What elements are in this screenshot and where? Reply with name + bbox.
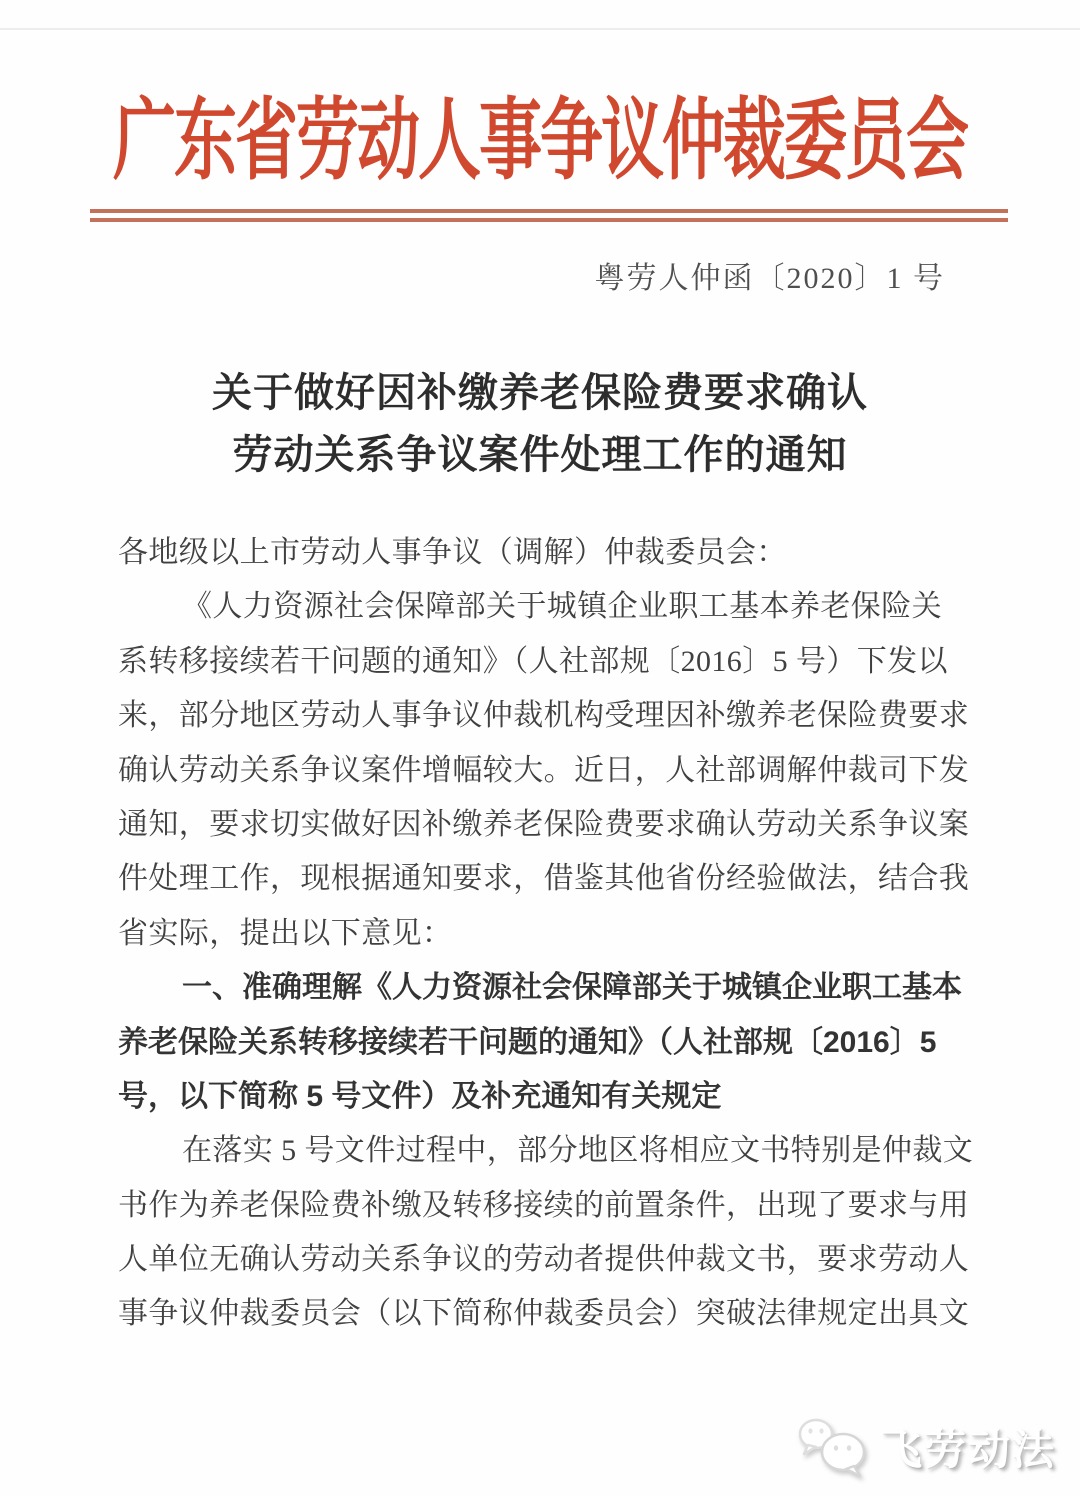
body-line: 通知，要求切实做好因补缴养老保险费要求确认劳动关系争议案 bbox=[118, 798, 968, 852]
body-heading-line: 一、准确理解《人力资源社会保障部关于城镇企业职工基本 bbox=[118, 961, 968, 1015]
body-line: 系转移接续若干问题的通知》（人社部规〔2016〕5 号）下发以 bbox=[118, 635, 968, 689]
body-line: 事争议仲裁委员会（以下简称仲裁委员会）突破法律规定出具文 bbox=[118, 1287, 968, 1341]
body-line: 确认劳动关系争议案件增幅较大。近日，人社部调解仲裁司下发 bbox=[118, 744, 968, 798]
document-title: 关于做好因补缴养老保险费要求确认 劳动关系争议案件处理工作的通知 bbox=[0, 362, 1080, 486]
body-line: 省实际，提出以下意见： bbox=[118, 907, 968, 961]
document-page: 广东省劳动人事争议仲裁委员会 粤劳人仲函〔2020〕1 号 关于做好因补缴养老保… bbox=[0, 0, 1080, 1496]
body-line: 来，部分地区劳动人事争议仲裁机构受理因补缴养老保险费要求 bbox=[118, 689, 968, 743]
document-header-org-name: 广东省劳动人事争议仲裁委员会 bbox=[0, 70, 1080, 212]
document-title-line-1: 关于做好因补缴养老保险费要求确认 bbox=[0, 362, 1080, 424]
body-line: 各地级以上市劳动人事争议（调解）仲裁委员会： bbox=[118, 526, 968, 580]
body-line: 在落实 5 号文件过程中，部分地区将相应文书特别是仲裁文 bbox=[118, 1124, 968, 1178]
body-line: 人单位无确认劳动关系争议的劳动者提供仲裁文书，要求劳动人 bbox=[118, 1233, 968, 1287]
body-line: 件处理工作，现根据通知要求，借鉴其他省份经验做法，结合我 bbox=[118, 852, 968, 906]
page-top-divider bbox=[0, 28, 1080, 30]
wechat-icon bbox=[796, 1416, 872, 1478]
document-body: 各地级以上市劳动人事争议（调解）仲裁委员会： 《人力资源社会保障部关于城镇企业职… bbox=[118, 526, 968, 1342]
document-number: 粤劳人仲函〔2020〕1 号 bbox=[595, 253, 946, 297]
watermark: 飞劳动法 bbox=[796, 1416, 1056, 1478]
red-divider-line bbox=[90, 209, 1008, 222]
body-line: 书作为养老保险费补缴及转移接续的前置条件，出现了要求与用 bbox=[118, 1179, 968, 1233]
body-heading-line: 养老保险关系转移接续若干问题的通知》（人社部规〔2016〕5 bbox=[118, 1016, 968, 1070]
document-title-line-2: 劳动关系争议案件处理工作的通知 bbox=[0, 424, 1080, 486]
body-heading-line: 号，以下简称 5 号文件）及补充通知有关规定 bbox=[118, 1070, 968, 1124]
watermark-label: 飞劳动法 bbox=[880, 1417, 1056, 1477]
body-line: 《人力资源社会保障部关于城镇企业职工基本养老保险关 bbox=[118, 580, 968, 634]
